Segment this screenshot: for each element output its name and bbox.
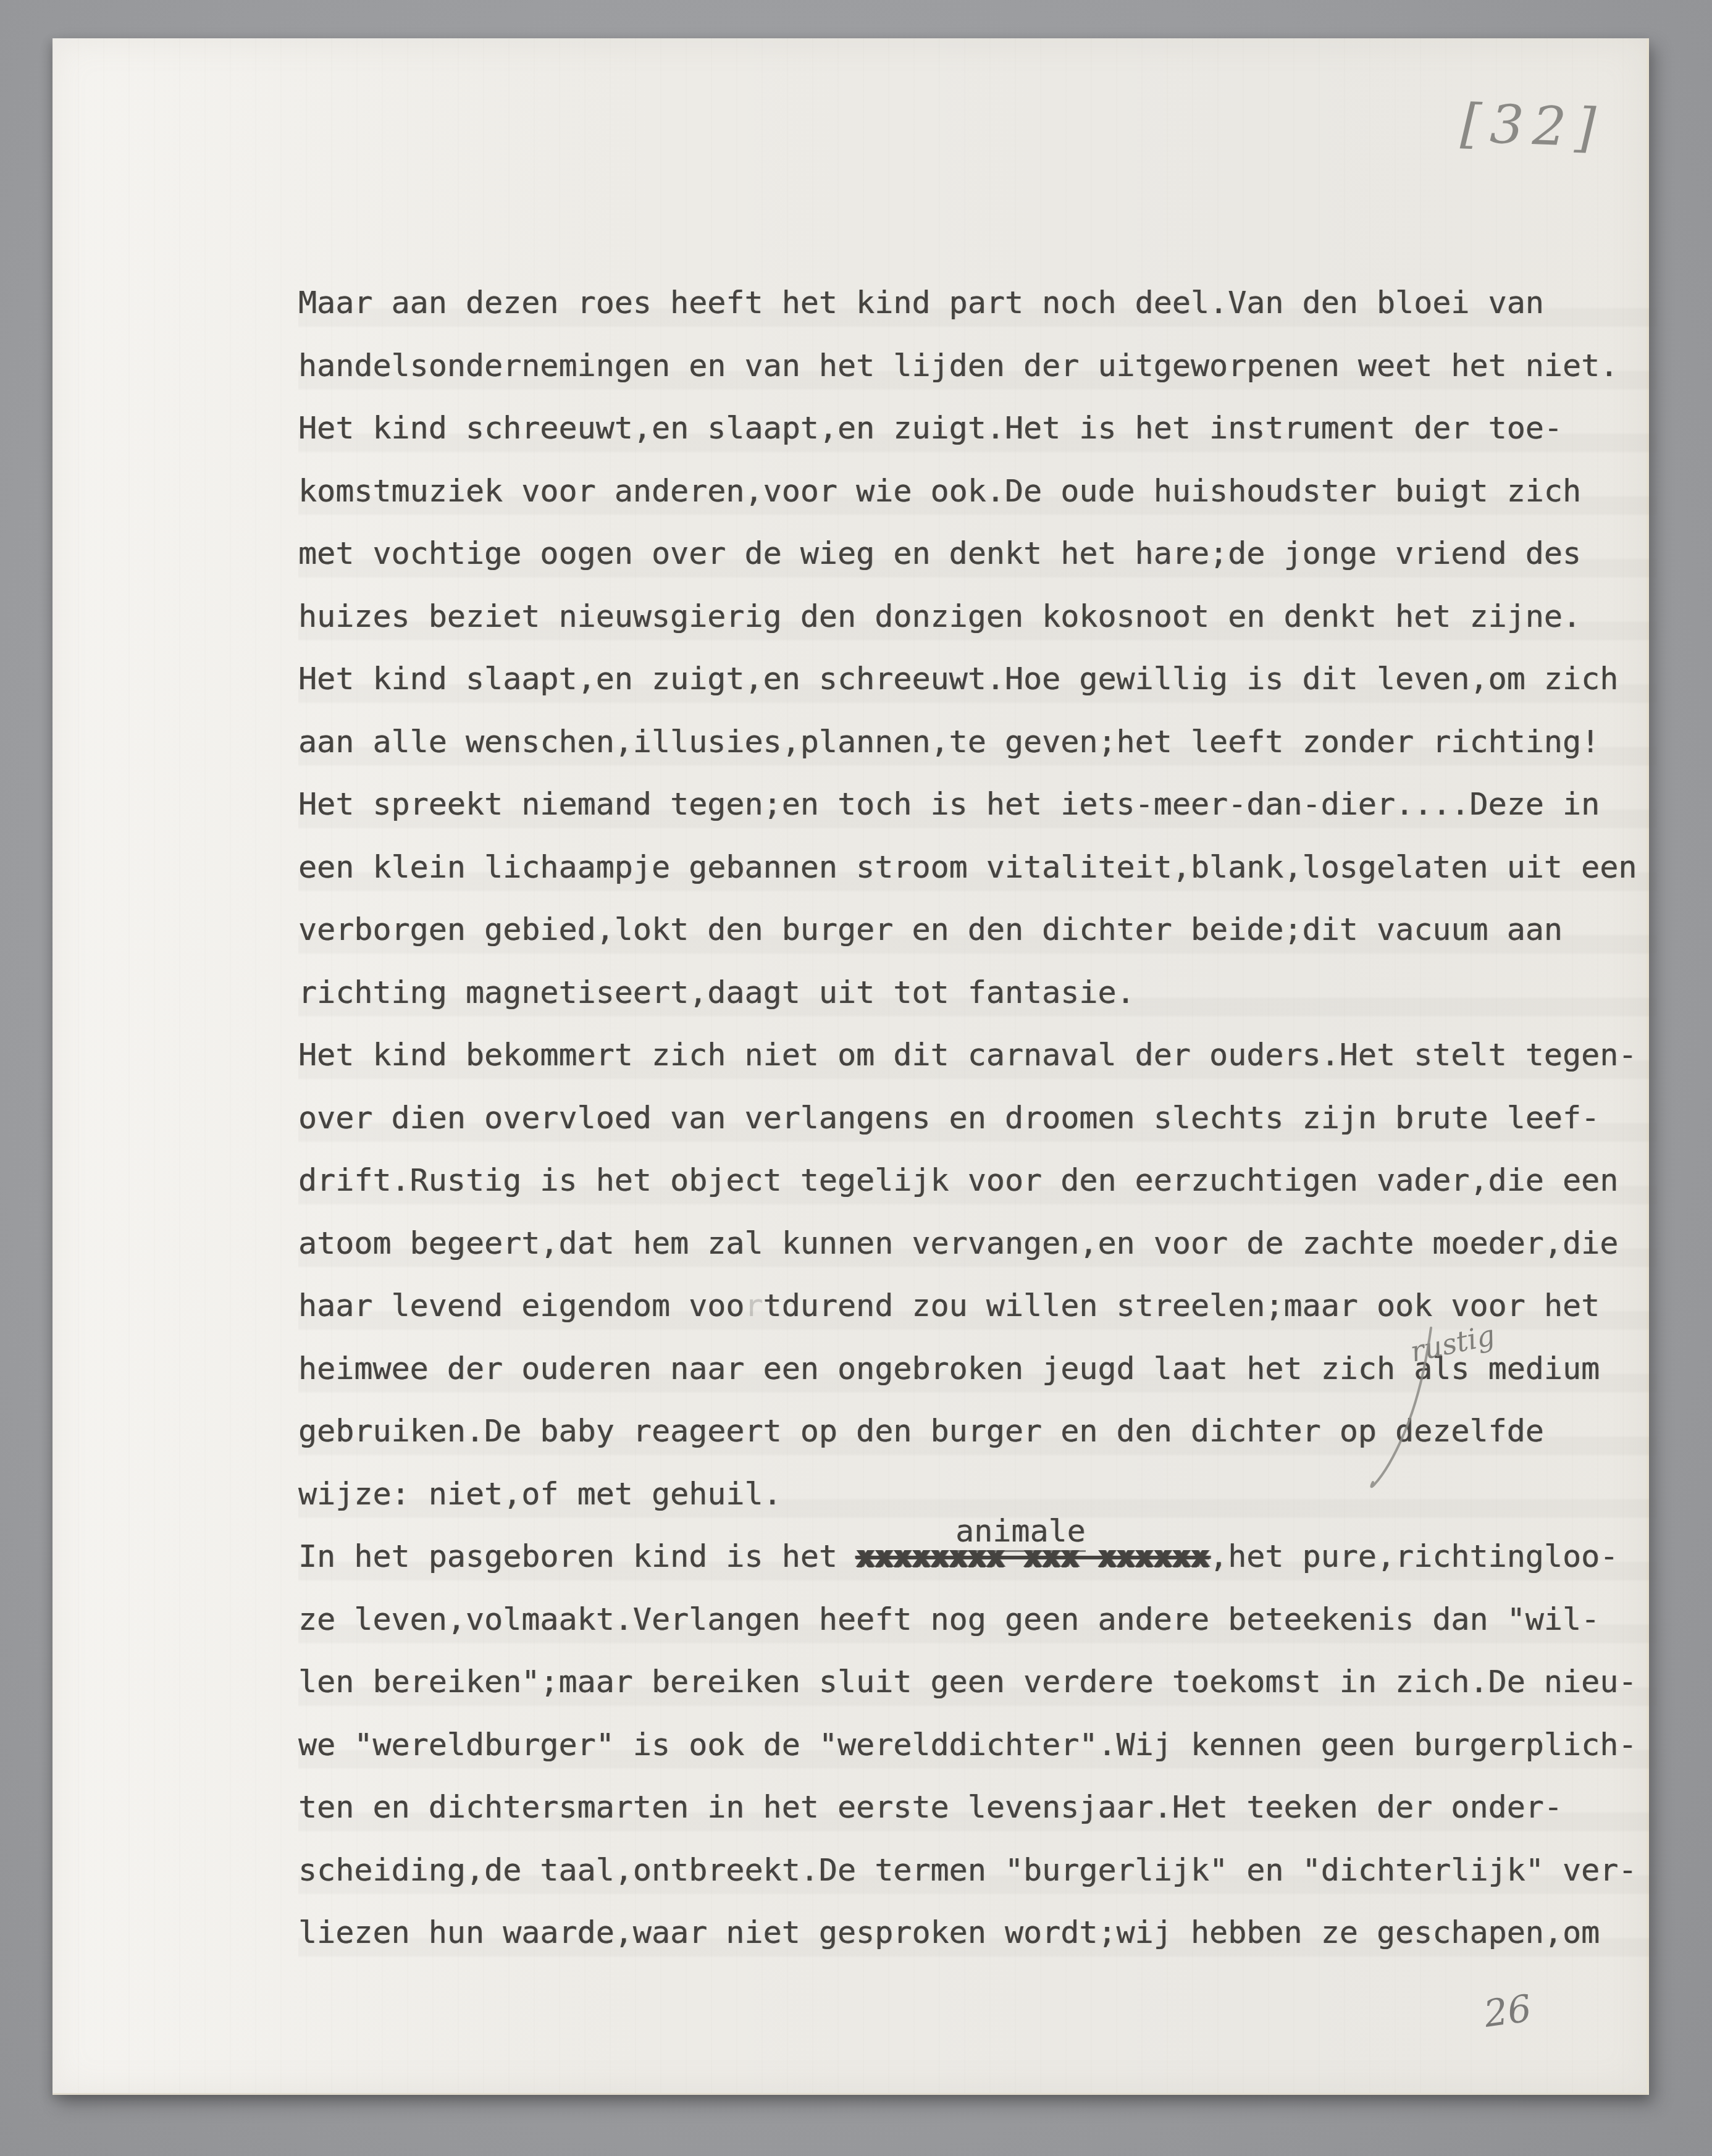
typescript-line: over dien overvloed van verlangens en dr… xyxy=(298,1087,1657,1150)
typescript-line: drift.Rustig is het object tegelijk voor… xyxy=(298,1149,1657,1212)
typescript-line: Het spreekt niemand tegen;en toch is het… xyxy=(298,773,1657,836)
typescript-text-segment: Het spreekt niemand tegen;en toch is het… xyxy=(298,786,1600,822)
typescript-text-segment: over dien overvloed van verlangens en dr… xyxy=(298,1100,1600,1136)
typescript-line: Het kind slaapt,en zuigt,en schreeuwt.Ho… xyxy=(298,648,1657,711)
typescript-line: Het kind schreeuwt,en slaapt,en zuigt.He… xyxy=(298,397,1657,460)
typescript-text-segment: een klein lichaampje gebannen stroom vit… xyxy=(298,849,1637,885)
photo-backdrop: [32] Maar aan dezen roes heeft het kind … xyxy=(0,0,1712,2156)
typescript-text-segment: met vochtige oogen over de wieg en denkt… xyxy=(298,535,1581,571)
typescript-line: met vochtige oogen over de wieg en denkt… xyxy=(298,522,1657,585)
typescript-text-segment: liezen hun waarde,waar niet gesproken wo… xyxy=(298,1915,1600,1950)
typescript-line: huizes beziet nieuwsgierig den donzigen … xyxy=(298,585,1657,648)
typescript-line: scheiding,de taal,ontbreekt.De termen "b… xyxy=(298,1839,1657,1902)
typescript-line: een klein lichaampje gebannen stroom vit… xyxy=(298,836,1657,899)
typescript-line: ze leven,volmaakt.Verlangen heeft nog ge… xyxy=(298,1588,1657,1651)
typescript-text-segment: Het kind schreeuwt,en slaapt,en zuigt.He… xyxy=(298,410,1563,446)
typescript-line: aan alle wenschen,illusies,plannen,te ge… xyxy=(298,711,1657,774)
typescript-text-segment: aan alle wenschen,illusies,plannen,te ge… xyxy=(298,724,1600,760)
typescript-text-segment: ,het pure,richtingloo- xyxy=(1209,1538,1618,1574)
typescript-line: komstmuziek voor anderen,voor wie ook.De… xyxy=(298,460,1657,523)
typescript-page: [32] Maar aan dezen roes heeft het kind … xyxy=(52,38,1649,2095)
typescript-text-segment: scheiding,de taal,ontbreekt.De termen "b… xyxy=(298,1852,1637,1888)
typescript-text-segment: huizes beziet nieuwsgierig den donzigen … xyxy=(298,598,1581,634)
insertion-slash-mark xyxy=(1349,1323,1461,1496)
typescript-text-segment: ze leven,volmaakt.Verlangen heeft nog ge… xyxy=(298,1601,1600,1637)
typed-correction-word: animale xyxy=(955,1513,1086,1552)
typescript-text-segment: r xyxy=(744,1288,763,1323)
typescript-text-segment: haar levend eigendom voo xyxy=(298,1288,744,1323)
typescript-text-segment: ten en dichtersmarten in het eerste leve… xyxy=(298,1789,1563,1825)
typescript-text-segment: komstmuziek voor anderen,voor wie ook.De… xyxy=(298,473,1581,509)
typescript-line: richting magnetiseert,daagt uit tot fant… xyxy=(298,962,1657,1025)
typescript-text-segment: Maar aan dezen roes heeft het kind part … xyxy=(298,285,1544,321)
typescript-line: handelsondernemingen en van het lijden d… xyxy=(298,335,1657,398)
typescript-text-segment: len bereiken";maar bereiken sluit geen v… xyxy=(298,1664,1637,1700)
typescript-line: atoom begeert,dat hem zal kunnen vervang… xyxy=(298,1212,1657,1275)
typescript-text-segment: handelsondernemingen en van het lijden d… xyxy=(298,348,1618,384)
typescript-text-segment: In het pasgeboren kind is het xyxy=(298,1538,856,1574)
typescript-line: len bereiken";maar bereiken sluit geen v… xyxy=(298,1651,1657,1714)
typescript-text-segment: verborgen gebied,lokt den burger en den … xyxy=(298,912,1563,947)
typescript-line: Het kind bekommert zich niet om dit carn… xyxy=(298,1024,1657,1087)
typescript-text-segment: drift.Rustig is het object tegelijk voor… xyxy=(298,1162,1618,1198)
typescript-line: ten en dichtersmarten in het eerste leve… xyxy=(298,1776,1657,1839)
typescript-text-segment: wijze: niet,of met gehuil. xyxy=(298,1476,782,1512)
typescript-text-segment: Het kind bekommert zich niet om dit carn… xyxy=(298,1037,1637,1073)
typescript-text-segment: we "wereldburger" is ook de "werelddicht… xyxy=(298,1727,1637,1763)
typescript-line: verborgen gebied,lokt den burger en den … xyxy=(298,899,1657,962)
typescript-text-segment: atoom begeert,dat hem zal kunnen vervang… xyxy=(298,1225,1618,1261)
typescript-line: liezen hun waarde,waar niet gesproken wo… xyxy=(298,1902,1657,1965)
typescript-text: Maar aan dezen roes heeft het kind part … xyxy=(298,272,1657,1965)
typescript-text-segment: tdurend zou willen streelen;maar ook voo… xyxy=(763,1288,1600,1323)
typescript-text-segment: Het kind slaapt,en zuigt,en schreeuwt.Ho… xyxy=(298,661,1618,697)
typescript-text-segment: richting magnetiseert,daagt uit tot fant… xyxy=(298,975,1135,1010)
typescript-line: we "wereldburger" is ook de "werelddicht… xyxy=(298,1714,1657,1777)
typescript-line: Maar aan dezen roes heeft het kind part … xyxy=(298,272,1657,335)
handwritten-page-number-bottom: 26 xyxy=(1482,1987,1534,2036)
handwritten-page-number-top: [32] xyxy=(1459,93,1605,159)
